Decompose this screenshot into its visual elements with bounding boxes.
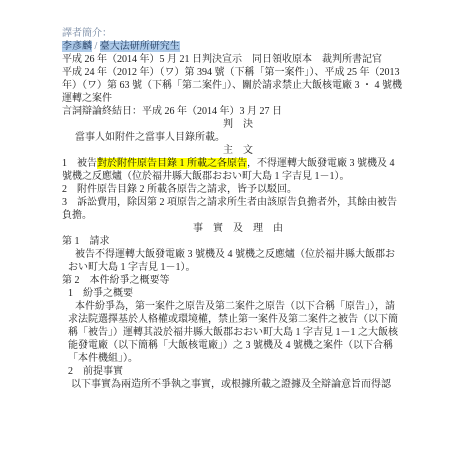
- main-item-1-continuation: 號機之反應爐（位於福井縣大飯郡おおい町大島 1 字吉見 1－1）。: [62, 170, 414, 183]
- translator-separator: /: [92, 41, 100, 52]
- section2-line: 本件紛爭為，第一案件之原告及第二案件之原告（以下合稱「原告」），請: [62, 300, 414, 313]
- translator-name-line: 李彥麟 / 臺大法研所研究生: [62, 40, 414, 53]
- main-item-1-highlight: 對於附件原告目錄 1 所載之各原告: [97, 158, 247, 169]
- section1-title: 第 1 請求: [62, 235, 414, 248]
- section2-sub1-title: 1 紛爭之概要: [62, 287, 414, 300]
- main-item-3: 3 訴訟費用，除因第 2 項原告之請求所生者由該原告負擔者外，其餘由被告: [62, 196, 414, 209]
- main-item-2: 2 附件原告目錄 2 所載各原告之請求，皆予以駁回。: [62, 183, 414, 196]
- facts-heading: 事 實 及 理 由: [62, 222, 414, 235]
- translator-affiliation: 臺大法研所研究生: [100, 41, 180, 52]
- translator-intro-label: 譯者簡介：: [62, 28, 112, 39]
- parties-line: 當事人如附件之當事人目錄所載。: [62, 131, 414, 144]
- document-page: 譯者簡介： 李彥麟 / 臺大法研所研究生 平成 26 年（2014 年）5 月 …: [0, 0, 452, 452]
- judgment-heading: 判 決: [62, 118, 414, 131]
- translator-intro-line: 譯者簡介：: [62, 27, 414, 40]
- section2-sub2-title: 2 前提事實: [62, 365, 414, 378]
- section2-line: 能發電廠（以下簡稱「大飯核電廠」）之 3 號機及 4 號機之案件（以下合稱: [62, 339, 414, 352]
- main-text-heading: 主 文: [62, 144, 414, 157]
- header-line: 運轉之案件: [62, 92, 414, 105]
- main-item-3-continuation: 負擔。: [62, 209, 414, 222]
- header-line: 年）（ワ）第 63 號（下稱「第二案件」）、關於請求禁止大飯核電廠 3 ・ 4 …: [62, 79, 414, 92]
- section2-title: 第 2 本件紛爭之概要等: [62, 274, 414, 287]
- main-item-1-suffix: ，不得運轉大飯發電廠 3 號機及 4: [247, 158, 395, 169]
- section2-line: 稱「被告」）運轉其設於福井縣大飯郡おおい町大島 1 字吉見 1－1 之大飯核: [62, 326, 414, 339]
- header-line: 言詞辯論終結日：平成 26 年（2014 年）3 月 27 日: [62, 105, 414, 118]
- section2-line: 以下事實為兩造所不爭執之事實，或根據所載之證據及全辯論意旨而得認: [62, 378, 414, 391]
- main-item-1-prefix: 1 被告: [62, 158, 97, 169]
- main-item-1: 1 被告對於附件原告目錄 1 所載之各原告，不得運轉大飯發電廠 3 號機及 4: [62, 157, 414, 170]
- header-line: 平成 24 年（2012 年）（ワ）第 394 號（下稱「第一案件」）、平成 2…: [62, 66, 414, 79]
- translator-name: 李彥麟: [62, 41, 92, 52]
- section2-line: 求法院選擇基於人格權或環境權，禁止第一案件及第二案件之被告（以下簡: [62, 313, 414, 326]
- section2-line: 「本件機組」）。: [62, 352, 414, 365]
- section1-line: おい町大島 1 字吉見 1－1）。: [62, 261, 414, 274]
- section1-line: 被告不得運轉大飯發電廠 3 號機及 4 號機之反應爐（位於福井縣大飯郡お: [62, 248, 414, 261]
- header-line: 平成 26 年（2014 年）5 月 21 日判決宣示 同日領收原本 裁判所書記…: [62, 53, 414, 66]
